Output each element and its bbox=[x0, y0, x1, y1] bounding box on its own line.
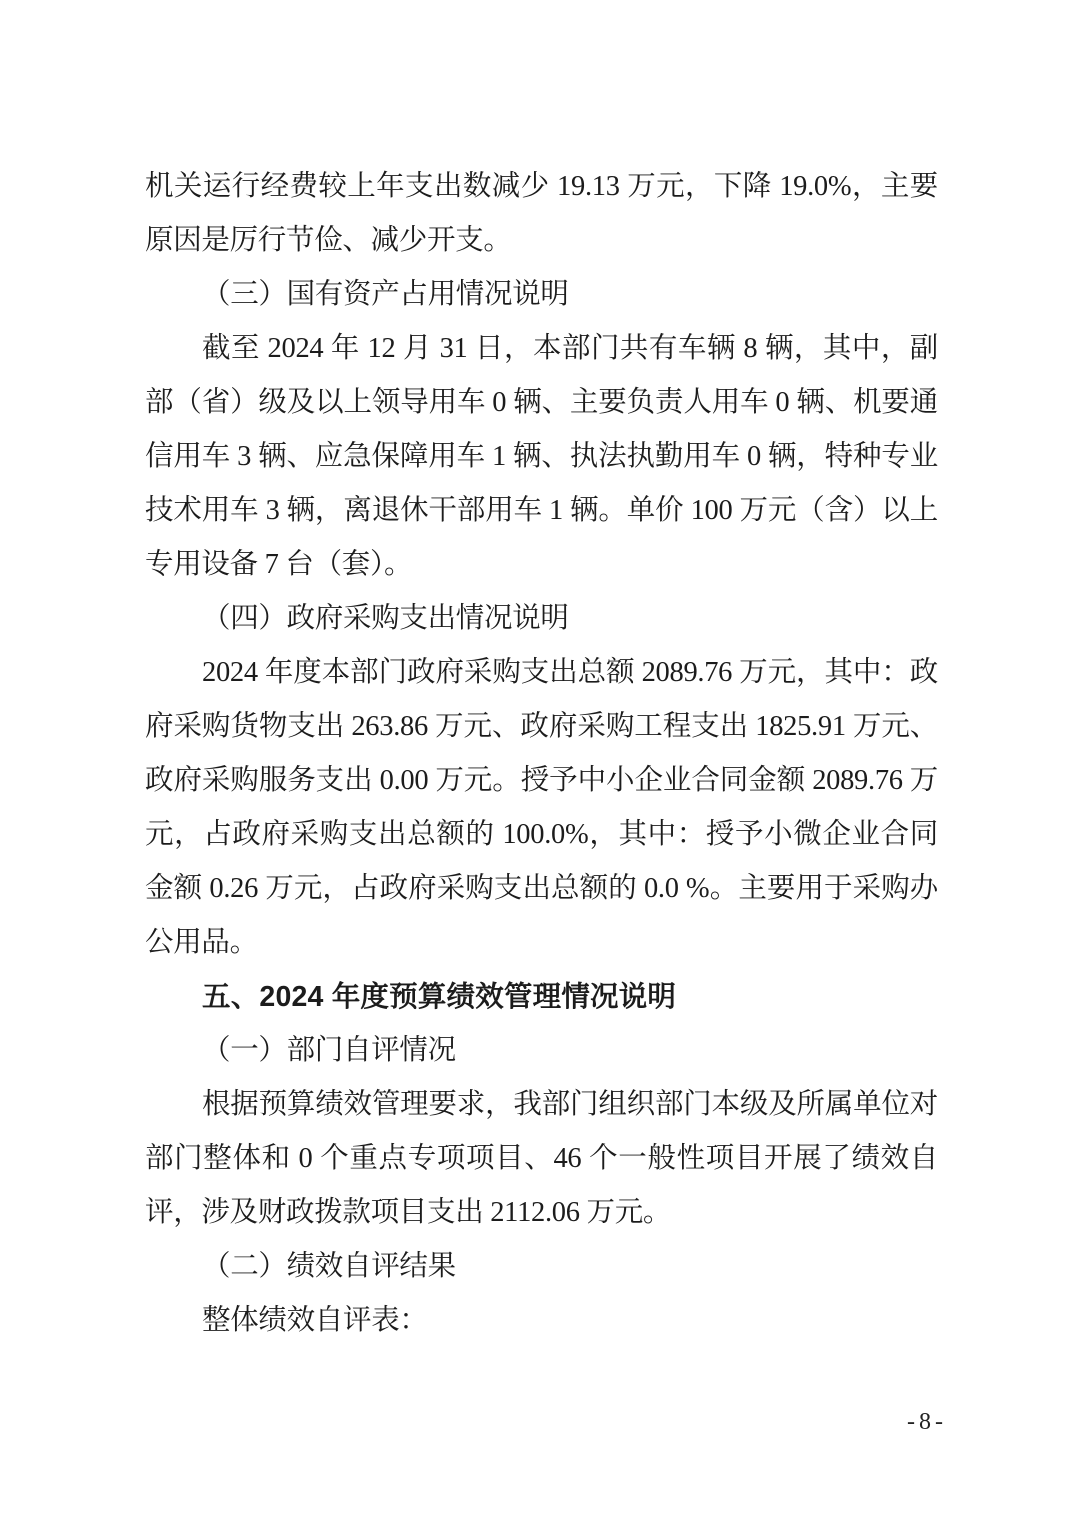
subsection-heading: （一）部门自评情况 bbox=[145, 1024, 938, 1078]
section-heading: 五、2024 年度预算绩效管理情况说明 bbox=[145, 970, 938, 1024]
subsection-heading: （三）国有资产占用情况说明 bbox=[145, 268, 938, 322]
document-body: 机关运行经费较上年支出数减少 19.13 万元，下降 19.0%，主要 原因是厉… bbox=[145, 160, 938, 1348]
text-line: 机关运行经费较上年支出数减少 19.13 万元，下降 19.0%，主要 bbox=[145, 160, 938, 214]
text-line: 整体绩效自评表： bbox=[145, 1294, 938, 1348]
text-line: 部门整体和 0 个重点专项项目、46 个一般性项目开展了绩效自 bbox=[145, 1132, 938, 1186]
text-line: 府采购货物支出 263.86 万元、政府采购工程支出 1825.91 万元、 bbox=[145, 700, 938, 754]
document-page: 机关运行经费较上年支出数减少 19.13 万元，下降 19.0%，主要 原因是厉… bbox=[0, 0, 1075, 1520]
text-line: 评，涉及财政拨款项目支出 2112.06 万元。 bbox=[145, 1186, 938, 1240]
text-line: 专用设备 7 台（套）。 bbox=[145, 538, 938, 592]
text-line: 政府采购服务支出 0.00 万元。授予中小企业合同金额 2089.76 万 bbox=[145, 754, 938, 808]
text-line: 部（省）级及以上领导用车 0 辆、主要负责人用车 0 辆、机要通 bbox=[145, 376, 938, 430]
subsection-heading: （二）绩效自评结果 bbox=[145, 1240, 938, 1294]
text-line: 元，占政府采购支出总额的 100.0%，其中：授予小微企业合同 bbox=[145, 808, 938, 862]
text-line: 金额 0.26 万元，占政府采购支出总额的 0.0 %。主要用于采购办 bbox=[145, 862, 938, 916]
text-line: 根据预算绩效管理要求，我部门组织部门本级及所属单位对 bbox=[145, 1078, 938, 1132]
text-line: 技术用车 3 辆，离退休干部用车 1 辆。单价 100 万元（含）以上 bbox=[145, 484, 938, 538]
text-line: 公用品。 bbox=[145, 916, 938, 970]
text-line: 2024 年度本部门政府采购支出总额 2089.76 万元，其中：政 bbox=[145, 646, 938, 700]
text-line: 截至 2024 年 12 月 31 日，本部门共有车辆 8 辆，其中，副 bbox=[145, 322, 938, 376]
page-number: -8- bbox=[907, 1408, 947, 1436]
text-line: 信用车 3 辆、应急保障用车 1 辆、执法执勤用车 0 辆，特种专业 bbox=[145, 430, 938, 484]
subsection-heading: （四）政府采购支出情况说明 bbox=[145, 592, 938, 646]
text-line: 原因是厉行节俭、减少开支。 bbox=[145, 214, 938, 268]
